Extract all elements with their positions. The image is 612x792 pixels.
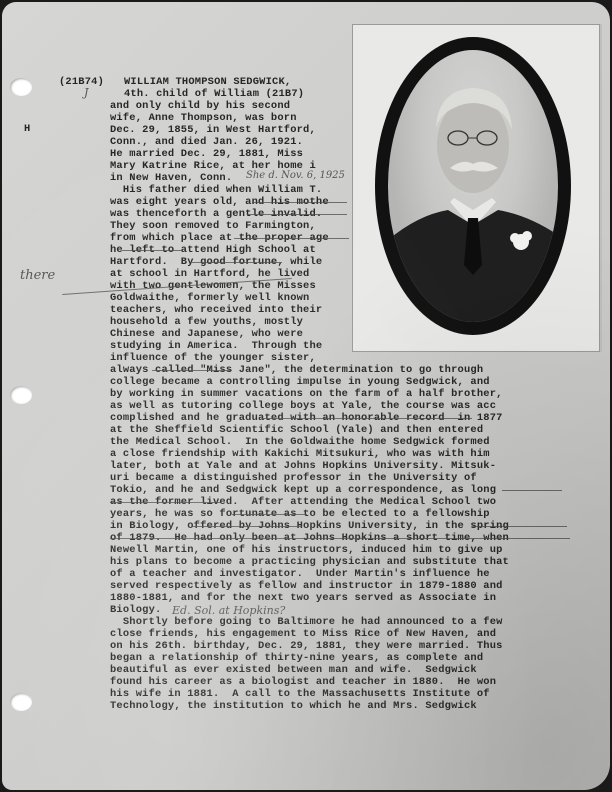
- pencil-strike: [252, 202, 347, 203]
- text-line: by working in summer vacations on the fa…: [110, 388, 503, 400]
- text-line: began a relationship of thirty-nine year…: [110, 652, 483, 664]
- portrait-figure-icon: [388, 50, 558, 322]
- text-line: of a teacher and investigator. Under Mar…: [110, 568, 490, 580]
- text-line: in Biology, offered by Johns Hopkins Uni…: [110, 520, 509, 532]
- text-line: found his career as a biologist and teac…: [110, 676, 496, 688]
- text-line: Shortly before going to Baltimore he had…: [110, 616, 503, 628]
- text-line: close friends, his engagement to Miss Ri…: [110, 628, 496, 640]
- text-line: college became a controlling impulse in …: [110, 376, 490, 388]
- text-line: on his 26th. birthday, Dec. 29, 1881, th…: [110, 640, 503, 652]
- text-line: Tokio, and he and Sedgwick kept up a cor…: [110, 484, 496, 496]
- text-line: influence of the younger sister,: [110, 352, 316, 364]
- text-line: teachers, who received into their: [110, 304, 322, 316]
- pencil-strike: [192, 526, 302, 527]
- text-line: Chinese and Japanese, who were: [110, 328, 303, 340]
- punch-hole: [10, 78, 32, 96]
- punch-hole: [10, 386, 32, 404]
- text-line: in New Haven, Conn.: [110, 172, 232, 184]
- text-line: studying in America. Through the: [110, 340, 322, 352]
- pencil-strike: [247, 214, 347, 215]
- pencil-strike: [110, 538, 570, 539]
- text-line: Technology, the institution to which he …: [110, 700, 477, 712]
- text-line: his plans to become a practicing physici…: [110, 556, 509, 568]
- text-line: wife, Anne Thompson, was born: [110, 112, 297, 124]
- text-line: his wife in 1881. A call to the Massachu…: [110, 688, 490, 700]
- oval-frame: [375, 37, 571, 335]
- text-line: Newell Martin, one of his instructors, i…: [110, 544, 503, 556]
- text-line: the Medical School. In the Goldwaithe ho…: [110, 436, 490, 448]
- pencil-strike: [502, 490, 562, 491]
- margin-mark-h: H: [24, 123, 30, 135]
- text-line: with two gentlewomen, the Misses: [110, 280, 316, 292]
- text-line: household a few youths, mostly: [110, 316, 303, 328]
- text-line: His father died when William T.: [110, 184, 322, 196]
- text-line: 4th. child of William (21B7): [124, 88, 304, 100]
- id-mark: J: [84, 86, 88, 99]
- portrait-image: [388, 50, 558, 322]
- pencil-strike: [234, 238, 349, 239]
- text-line: He married Dec. 29, 1881, Miss: [110, 148, 303, 160]
- pencil-strike: [122, 250, 182, 251]
- heading-name: WILLIAM THOMPSON SEDGWICK,: [124, 76, 291, 88]
- record-id: (21B74): [59, 76, 104, 88]
- text-line: 1880-1881, and for the next two years se…: [110, 592, 496, 604]
- text-line: and only child by his second: [110, 100, 290, 112]
- text-line: They soon removed to Farmington,: [110, 220, 316, 232]
- text-line: at the Sheffield Scientific School (Yale…: [110, 424, 483, 436]
- text-line: Conn., and died Jan. 26, 1921.: [110, 136, 303, 148]
- punch-hole: [10, 693, 32, 711]
- pencil-strike: [192, 262, 282, 263]
- margin-mark-there: there: [20, 268, 55, 283]
- text-line: Goldwaithe, formerly well known: [110, 292, 310, 304]
- text-line: served respectively as fellow and instru…: [110, 580, 503, 592]
- handwritten-death-date: She d. Nov. 6, 1925: [246, 170, 345, 181]
- text-line: later, both at Yale and at Johns Hopkins…: [110, 460, 496, 472]
- pencil-strike: [152, 370, 232, 371]
- pencil-strike: [232, 514, 307, 515]
- text-line: Biology.: [110, 604, 161, 616]
- text-line: Dec. 29, 1855, in West Hartford,: [110, 124, 316, 136]
- text-line: beautiful as ever existed between man an…: [110, 664, 477, 676]
- text-line: as well as tutoring college boys at Yale…: [110, 400, 496, 412]
- text-line: uri became a distinguished professor in …: [110, 472, 477, 484]
- pencil-strike: [472, 526, 567, 527]
- pencil-strike: [262, 418, 472, 419]
- portrait-photo: [352, 24, 600, 352]
- document-page: (21B74) J WILLIAM THOMPSON SEDGWICK, H t…: [2, 2, 610, 790]
- text-line: a close friendship with Kakichi Mitsukur…: [110, 448, 490, 460]
- pencil-strike: [110, 502, 220, 503]
